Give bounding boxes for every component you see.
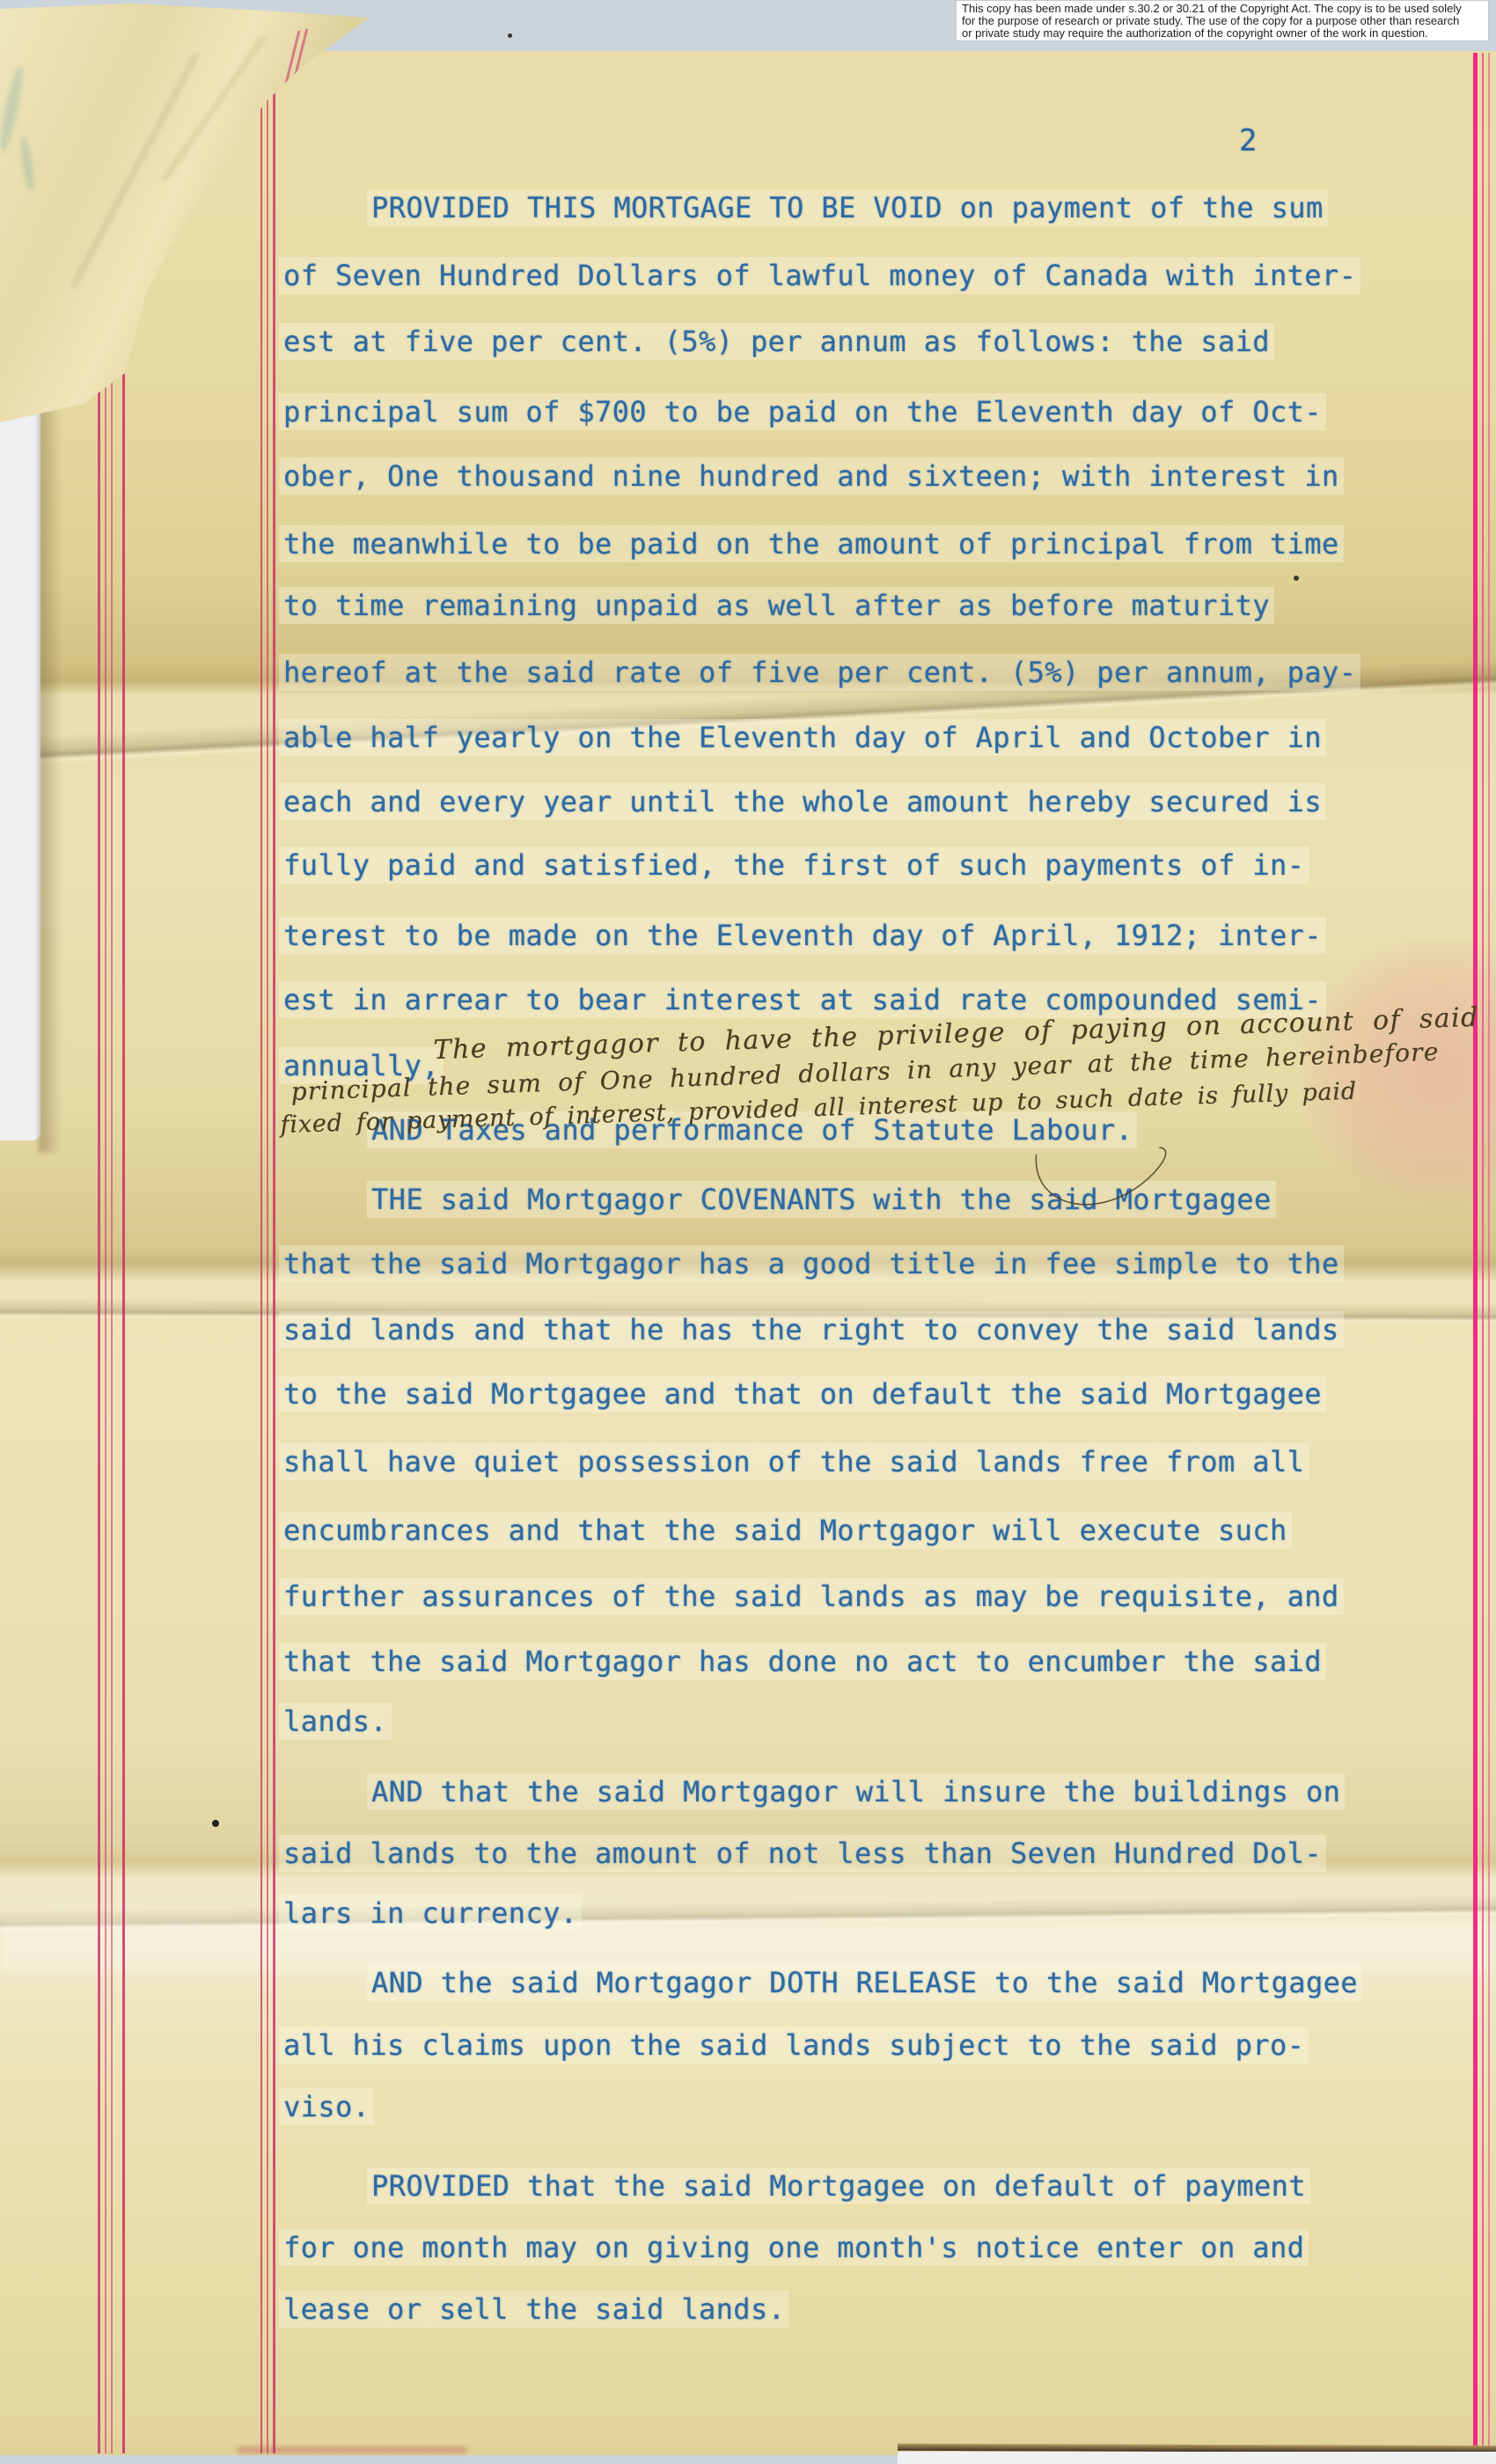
paper-left-edge-shadow xyxy=(39,387,62,1153)
typed-line: lars in currency. xyxy=(279,1895,582,1932)
typed-line: AND that the said Mortgagor will insure … xyxy=(367,1773,1345,1810)
typed-line: terest to be made on the Eleventh day of… xyxy=(279,917,1326,954)
typed-line: ober, One thousand nine hundred and sixt… xyxy=(279,458,1344,495)
typed-line: principal sum of $700 to be paid on the … xyxy=(279,393,1326,430)
typed-line: the meanwhile to be paid on the amount o… xyxy=(279,525,1344,562)
typed-line: further assurances of the said lands as … xyxy=(279,1578,1344,1615)
typed-line: shall have quiet possession of the said … xyxy=(279,1443,1309,1480)
typed-line: PROVIDED that the said Mortgagee on defa… xyxy=(367,2167,1310,2204)
typed-line: of Seven Hundred Dollars of lawful money… xyxy=(279,257,1360,294)
typed-line: hereof at the said rate of five per cent… xyxy=(279,654,1360,691)
typed-line: lease or sell the said lands. xyxy=(279,2291,789,2328)
scanner-gap-left xyxy=(0,394,40,1140)
ink-dot xyxy=(212,1820,219,1827)
typed-line: said lands and that he has the right to … xyxy=(279,1311,1344,1348)
scanned-mortgage-document: 2 PROVIDED THIS MORTGAGE TO BE VOID on p… xyxy=(0,0,1496,2464)
typed-line: to the said Mortgagee and that on defaul… xyxy=(279,1375,1326,1412)
typed-line: AND the said Mortgagor DOTH RELEASE to t… xyxy=(367,1964,1362,2001)
pink-stain xyxy=(1302,940,1496,1204)
typed-line: that the said Mortgagor has done no act … xyxy=(279,1643,1326,1680)
typed-line: for one month may on giving one month's … xyxy=(279,2229,1309,2266)
copyright-notice-line: This copy has been made under s.30.2 or … xyxy=(962,3,1483,15)
bottom-red-smudge xyxy=(238,2446,466,2453)
typed-line: able half yearly on the Eleventh day of … xyxy=(279,719,1326,756)
page-number: 2 xyxy=(1239,123,1257,158)
scanner-gap-bottom xyxy=(898,2452,1496,2464)
typed-line: that the said Mortgagor has a good title… xyxy=(279,1245,1344,1282)
typed-line: encumbrances and that the said Mortgagor… xyxy=(279,1512,1292,1549)
typed-line: viso. xyxy=(279,2088,374,2125)
typed-line: PROVIDED THIS MORTGAGE TO BE VOID on pay… xyxy=(367,189,1328,226)
ink-bleedthrough-mark xyxy=(19,136,36,193)
typed-line: each and every year until the whole amou… xyxy=(279,783,1326,820)
typed-line: all his claims upon the said lands subje… xyxy=(279,2027,1309,2064)
typed-line: said lands to the amount of not less tha… xyxy=(279,1835,1326,1872)
copyright-notice-line: or private study may require the authori… xyxy=(962,27,1483,40)
copyright-notice: This copy has been made under s.30.2 or … xyxy=(956,0,1489,41)
typed-line: est at five per cent. (5%) per annum as … xyxy=(279,323,1274,360)
handwriting-flourish xyxy=(1018,1136,1199,1228)
typed-line: fully paid and satisfied, the first of s… xyxy=(279,847,1309,884)
ink-dot xyxy=(1294,576,1299,581)
copyright-notice-line: for the purpose of research or private s… xyxy=(962,15,1483,27)
typed-line: to time remaining unpaid as well after a… xyxy=(279,587,1274,624)
typed-line: lands. xyxy=(279,1703,392,1740)
dust-speck xyxy=(508,33,512,38)
